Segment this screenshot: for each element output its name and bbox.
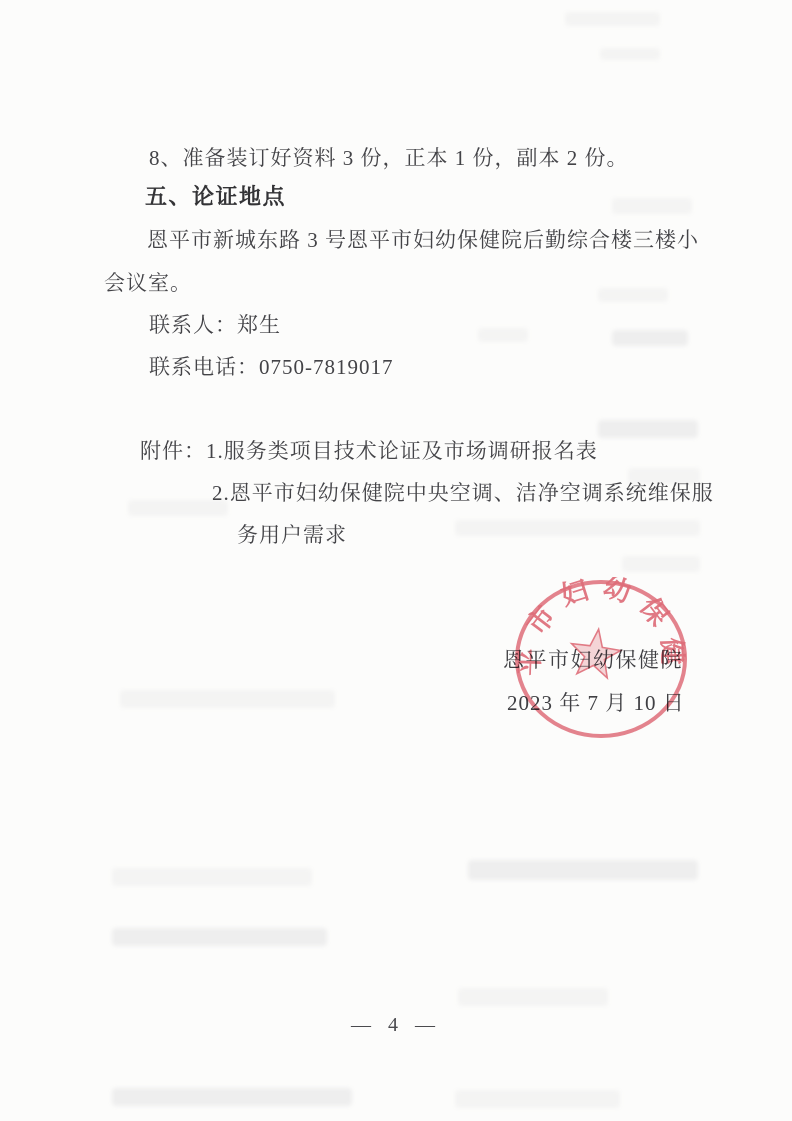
bleed-through-artifact <box>128 500 228 516</box>
bleed-through-artifact <box>455 1090 620 1108</box>
bleed-through-artifact <box>598 288 668 302</box>
body-line-contact-person: 联系人：郑生 <box>149 315 281 336</box>
attachment-line-1: 附件：1.服务类项目技术论证及市场调研报名表 <box>140 441 598 462</box>
star-icon <box>568 626 623 679</box>
body-line-address-1: 恩平市新城东路 3 号恩平市妇幼保健院后勤综合楼三楼小 <box>147 230 699 251</box>
page-number: — 4 — <box>0 1014 792 1037</box>
bleed-through-artifact <box>612 330 688 346</box>
bleed-through-artifact <box>600 48 660 60</box>
seal-graphic: 恩平市妇幼保健院 <box>512 577 690 743</box>
bleed-through-artifact <box>468 860 698 880</box>
official-seal: 恩平市妇幼保健院 <box>512 577 690 743</box>
body-line-address-2: 会议室。 <box>104 273 192 294</box>
bleed-through-artifact <box>598 420 698 438</box>
body-line-item8: 8、准备装订好资料 3 份，正本 1 份，副本 2 份。 <box>149 148 629 169</box>
attachment-line-3: 务用户需求 <box>237 525 347 546</box>
bleed-through-artifact <box>628 468 700 484</box>
bleed-through-artifact <box>112 868 312 886</box>
bleed-through-artifact <box>612 198 692 214</box>
bleed-through-artifact <box>120 690 335 708</box>
attachment-line-2: 2.恩平市妇幼保健院中央空调、洁净空调系统维保服 <box>212 483 714 504</box>
body-line-contact-phone: 联系电话：0750-7819017 <box>149 357 394 378</box>
bleed-through-artifact <box>565 12 660 26</box>
section-heading: 五、论证地点 <box>145 186 286 207</box>
bleed-through-artifact <box>458 988 608 1006</box>
scanned-document-page: 8、准备装订好资料 3 份，正本 1 份，副本 2 份。 五、论证地点 恩平市新… <box>0 0 792 1121</box>
bleed-through-artifact <box>622 556 700 572</box>
bleed-through-artifact <box>478 328 528 342</box>
bleed-through-artifact <box>455 520 700 536</box>
bleed-through-artifact <box>112 928 327 946</box>
bleed-through-artifact <box>112 1088 352 1106</box>
